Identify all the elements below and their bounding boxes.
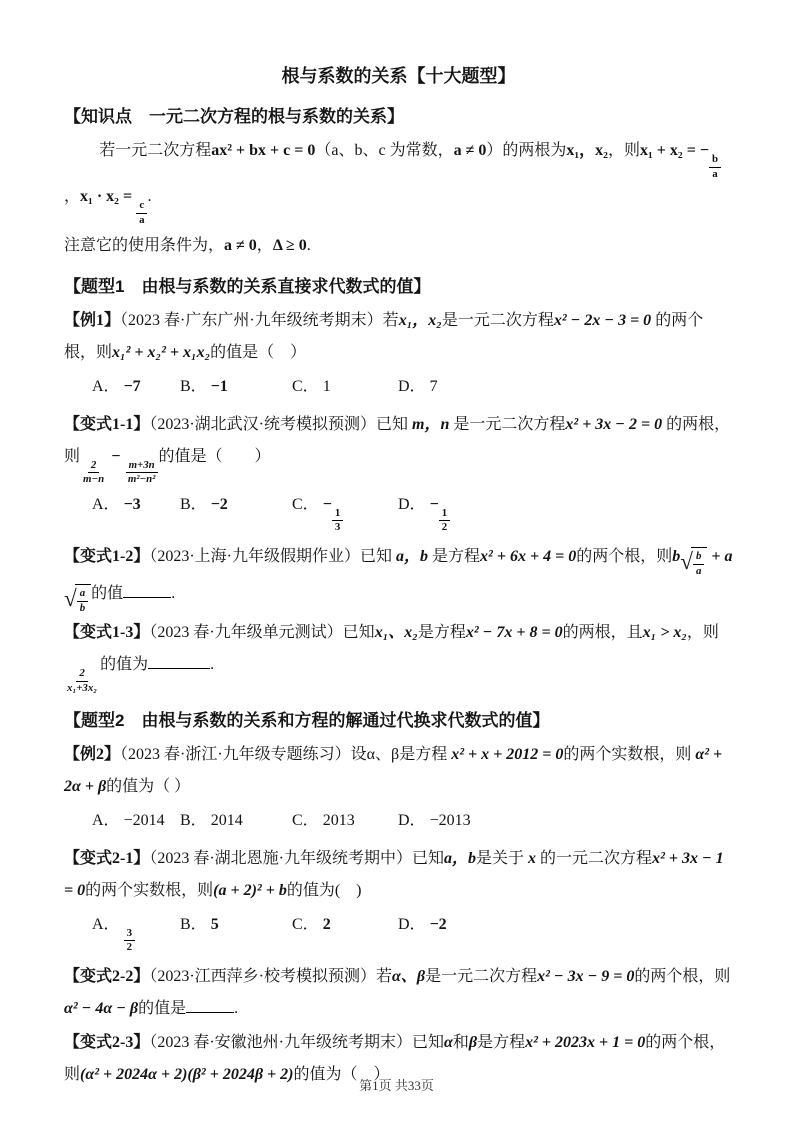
- option-label: A．: [92, 496, 120, 513]
- option-value: −3: [124, 496, 141, 513]
- fraction: 13: [332, 507, 343, 535]
- fraction-denominator: 3: [332, 521, 343, 535]
- option-minus: −: [430, 496, 439, 513]
- text-segment: ，: [257, 237, 273, 254]
- problem-label: 【变式2-1】: [64, 850, 149, 867]
- option-value: 7: [430, 378, 438, 395]
- fraction-denominator: 2: [124, 941, 135, 955]
- math-segment: α: [444, 1034, 453, 1051]
- option-label: D．: [398, 496, 426, 513]
- fraction: ab: [77, 587, 88, 615]
- fraction-numerator: c: [136, 199, 147, 214]
- fraction-denominator: x₁+3x₂: [64, 682, 100, 696]
- fraction-denominator: 2: [439, 521, 450, 535]
- fraction: 2x₁+3x₂: [64, 667, 100, 695]
- text-segment: 的两根，且: [563, 624, 643, 641]
- math-segment: x₁ + x₂ = −: [640, 142, 709, 159]
- problem-label: 【变式2-3】: [64, 1034, 149, 1051]
- option-value: −2013: [430, 812, 471, 829]
- fraction-denominator: a: [693, 565, 704, 579]
- math-segment: x₁ > x₂: [643, 624, 687, 641]
- fraction: 2m−n: [80, 459, 107, 487]
- example2-paragraph: 【例2】（2023 春·浙江·九年级专题练习）设α、β是方程 x² + x + …: [64, 739, 733, 803]
- math-segment: x² + 6x + 4 = 0: [480, 548, 576, 565]
- text-segment: 是一元二次方程: [449, 416, 565, 433]
- text-segment: 是关于: [476, 850, 528, 867]
- option-value: −2: [211, 496, 228, 513]
- option-a: A．−3: [92, 489, 180, 535]
- text-segment: ，则: [687, 624, 719, 641]
- option-label: C．: [292, 812, 319, 829]
- text-segment: （2023·上海·九年级假期作业）已知: [149, 548, 396, 565]
- fraction: ba: [693, 550, 704, 578]
- text-segment: 注意它的使用条件为，: [64, 237, 224, 254]
- text-segment: ，则: [608, 142, 640, 159]
- text-segment: .: [234, 1000, 238, 1017]
- problem-label: 【变式1-1】: [64, 416, 149, 433]
- option-label: B．: [180, 378, 207, 395]
- text-segment: .: [210, 656, 214, 673]
- text-segment: 的值为: [100, 656, 148, 673]
- fraction: 32: [124, 927, 135, 955]
- example1-options-row: A．−7 B．−1 C．1 D．7: [64, 371, 733, 403]
- answer-blank: [186, 998, 234, 1013]
- answer-blank: [148, 655, 210, 670]
- math-segment: β: [469, 1034, 477, 1051]
- text-segment: （2023·湖北武汉·统考模拟预测）已知: [149, 416, 412, 433]
- fraction: ba: [709, 153, 721, 181]
- math-segment: m，n: [412, 416, 449, 433]
- problem-label: 【变式1-3】: [64, 624, 149, 641]
- knowledge-note-paragraph: 注意它的使用条件为，a ≠ 0，Δ ≥ 0.: [64, 230, 733, 262]
- option-b: B．5: [180, 909, 292, 955]
- math-segment: x₁ · x₂ =: [80, 188, 136, 205]
- fraction-denominator: a: [709, 168, 720, 182]
- variant1-2-paragraph: 【变式1-2】（2023·上海·九年级假期作业）已知 a，b 是方程x² + 6…: [64, 541, 733, 615]
- math-segment: b: [672, 548, 680, 565]
- text-segment: 的两个实数根，则: [563, 746, 695, 763]
- text-segment: 是方程: [418, 624, 466, 641]
- fraction-numerator: b: [709, 153, 721, 168]
- problem-label: 【变式2-2】: [64, 968, 149, 985]
- text-segment: 是方程: [428, 548, 480, 565]
- option-value: −2: [430, 916, 447, 933]
- problem-label: 【变式1-2】: [64, 548, 149, 565]
- option-label: A．: [92, 812, 120, 829]
- math-segment: x₁² + x₂² + x₁x₂: [112, 344, 210, 361]
- fraction-numerator: a: [77, 587, 88, 602]
- option-a: A．32: [92, 909, 180, 955]
- knowledge-intro-paragraph: 若一元二次方程ax² + bx + c = 0（a、b、c 为常数，a ≠ 0）…: [64, 135, 733, 228]
- text-segment: （2023 春·湖北恩施·九年级统考期中）已知: [149, 850, 444, 867]
- math-segment: x² − 3x − 9 = 0: [537, 968, 634, 985]
- math-segment: −: [107, 448, 125, 465]
- fraction-numerator: m+3n: [126, 459, 158, 474]
- answer-blank: [123, 584, 171, 599]
- option-value: −7: [124, 378, 141, 395]
- fraction-numerator: 1: [439, 507, 450, 522]
- problem-label: 【例2】: [64, 746, 120, 763]
- math-segment: a，b: [396, 548, 428, 565]
- option-label: C．: [292, 378, 319, 395]
- text-segment: .: [171, 585, 175, 602]
- fraction-numerator: 3: [124, 927, 135, 942]
- text-segment: .: [148, 188, 152, 205]
- variant1-1-options-row: A．−3 B．−2 C．−13 D．−12: [64, 489, 733, 535]
- text-segment: 的值为（ ）: [106, 778, 190, 795]
- option-a: A．−2014: [92, 805, 180, 837]
- option-label: D．: [398, 378, 426, 395]
- option-label: C．: [292, 916, 319, 933]
- text-segment: ，: [64, 188, 80, 205]
- text-segment: ）的两根为: [486, 142, 566, 159]
- text-segment: 和: [453, 1034, 469, 1051]
- math-segment: x² + 2023x + 1 = 0: [525, 1034, 645, 1051]
- example1-paragraph: 【例1】（2023 春·广东广州·九年级统考期末）若x₁，x₂是一元二次方程x²…: [64, 305, 733, 369]
- square-root: √ba: [680, 547, 707, 578]
- text-segment: 是一元二次方程: [442, 312, 554, 329]
- math-segment: (a + 2)² + b: [213, 882, 287, 899]
- text-segment: 的一元二次方程: [536, 850, 652, 867]
- math-segment: x² + 3x − 2 = 0: [565, 416, 662, 433]
- text-segment: （2023 春·安徽池州·九年级统考期末）已知: [149, 1034, 444, 1051]
- math-segment: a ≠ 0: [224, 237, 257, 254]
- math-segment: α² − 4α − β: [64, 1000, 138, 1017]
- fraction: 12: [439, 507, 450, 535]
- option-label: A．: [92, 378, 120, 395]
- option-c: C．1: [292, 371, 398, 403]
- math-segment: x² − 2x − 3 = 0: [554, 312, 651, 329]
- math-segment: ax² + bx + c = 0: [211, 142, 315, 159]
- fraction: m+3nm²−n²: [125, 459, 159, 487]
- text-segment: 的值是（ ）: [158, 448, 270, 465]
- radicand: ba: [691, 547, 707, 578]
- math-segment: x: [528, 850, 536, 867]
- math-segment: +: [707, 548, 724, 565]
- text-segment: 是一元二次方程: [425, 968, 537, 985]
- option-label: D．: [398, 812, 426, 829]
- option-b: B．−1: [180, 371, 292, 403]
- option-minus: −: [323, 496, 332, 513]
- option-label: B．: [180, 496, 207, 513]
- fraction-numerator: b: [693, 550, 704, 565]
- option-label: C．: [292, 496, 319, 513]
- option-value: −2014: [124, 812, 165, 829]
- option-label: D．: [398, 916, 426, 933]
- option-value: 2014: [211, 812, 243, 829]
- math-segment: x₁、x₂: [375, 624, 418, 641]
- option-d: D．7: [398, 371, 733, 403]
- variant1-3-paragraph: 【变式1-3】（2023 春·九年级单元测试）已知x₁、x₂是方程x² − 7x…: [64, 617, 733, 695]
- text-segment: 的值是: [138, 1000, 186, 1017]
- option-label: B．: [180, 812, 207, 829]
- math-segment: x₁，x₂: [399, 312, 442, 329]
- square-root: √ab: [64, 584, 91, 615]
- math-segment: Δ ≥ 0: [273, 237, 307, 254]
- document-page: 根与系数的关系【十大题型】 【知识点 一元二次方程的根与系数的关系】 若一元二次…: [0, 0, 793, 1091]
- option-b: B．−2: [180, 489, 292, 535]
- text-segment: （a、b、c 为常数，: [315, 142, 453, 159]
- option-value: 2013: [323, 812, 355, 829]
- math-segment: x² − 7x + 8 = 0: [466, 624, 563, 641]
- problem-label: 【例1】: [64, 312, 120, 329]
- text-segment: （2023 春·广东广州·九年级统考期末）若: [120, 312, 399, 329]
- fraction-numerator: 2: [88, 459, 99, 474]
- math-segment: x₁，x₂: [566, 142, 608, 159]
- option-label: A．: [92, 916, 120, 933]
- text-segment: 的两个实数根，则: [85, 882, 213, 899]
- option-c: C．−13: [292, 489, 398, 535]
- text-segment: 的两个根，则: [576, 548, 672, 565]
- fraction: ca: [136, 199, 147, 227]
- math-segment: α、β: [392, 968, 425, 985]
- fraction-numerator: 2: [76, 667, 87, 682]
- text-segment: 的两个根，则: [634, 968, 730, 985]
- example2-options-row: A．−2014 B．2014 C．2013 D．−2013: [64, 805, 733, 837]
- math-segment: a，b: [444, 850, 476, 867]
- option-value: 2: [323, 916, 331, 933]
- fraction-numerator: 1: [332, 507, 343, 522]
- variant2-1-options-row: A．32 B．5 C．2 D．−2: [64, 909, 733, 955]
- option-value: −1: [211, 378, 228, 395]
- option-c: C．2013: [292, 805, 398, 837]
- fraction-denominator: m²−n²: [125, 473, 159, 487]
- text-segment: （2023 春·九年级单元测试）已知: [149, 624, 374, 641]
- option-c: C．2: [292, 909, 398, 955]
- option-label: B．: [180, 916, 207, 933]
- option-d: D．−2013: [398, 805, 733, 837]
- variant2-1-paragraph: 【变式2-1】（2023 春·湖北恩施·九年级统考期中）已知a，b是关于 x 的…: [64, 843, 733, 907]
- fraction-denominator: m−n: [80, 473, 107, 487]
- option-value: 1: [323, 378, 331, 395]
- option-a: A．−7: [92, 371, 180, 403]
- text-segment: 的值: [91, 585, 123, 602]
- fraction-denominator: b: [77, 602, 88, 616]
- text-segment: （2023·江西萍乡·校考模拟预测）若: [149, 968, 392, 985]
- radicand: ab: [75, 584, 91, 615]
- text-segment: 的值为( ): [287, 882, 362, 899]
- option-d: D．−2: [398, 909, 733, 955]
- text-segment: 的值是（ ）: [210, 344, 306, 361]
- option-d: D．−12: [398, 489, 733, 535]
- math-segment: a ≠ 0: [454, 142, 487, 159]
- type2-heading: 【题型2 由根与系数的关系和方程的解通过代换求代数式的值】: [64, 706, 733, 731]
- option-b: B．2014: [180, 805, 292, 837]
- page-number-footer: 第1页 共33页: [0, 1075, 793, 1094]
- text-segment: （2023 春·浙江·九年级专题练习）设α、β是方程: [120, 746, 451, 763]
- text-segment: 若一元二次方程: [99, 142, 211, 159]
- math-segment: x² + x + 2012 = 0: [451, 746, 563, 763]
- text-segment: 是方程: [477, 1034, 525, 1051]
- page-title: 根与系数的关系【十大题型】: [64, 62, 733, 88]
- knowledge-heading: 【知识点 一元二次方程的根与系数的关系】: [64, 102, 733, 127]
- type1-heading: 【题型1 由根与系数的关系直接求代数式的值】: [64, 272, 733, 297]
- variant1-1-paragraph: 【变式1-1】（2023·湖北武汉·统考模拟预测）已知 m，n 是一元二次方程x…: [64, 409, 733, 487]
- text-segment: .: [307, 237, 311, 254]
- math-segment: a: [725, 548, 733, 565]
- variant2-2-paragraph: 【变式2-2】（2023·江西萍乡·校考模拟预测）若α、β是一元二次方程x² −…: [64, 961, 733, 1025]
- option-value: 5: [211, 916, 219, 933]
- fraction-denominator: a: [136, 214, 147, 228]
